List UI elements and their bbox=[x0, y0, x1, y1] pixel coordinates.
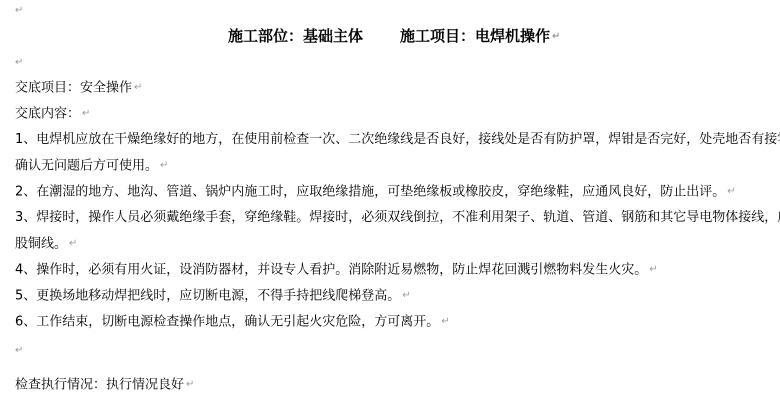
paragraph-mark-icon: ↵ bbox=[552, 31, 560, 42]
paragraph-mark-icon: ↵ bbox=[402, 290, 410, 301]
paragraph-mark-icon: ↵ bbox=[15, 345, 23, 357]
construction-location-title: 施工部位：基础主体 bbox=[228, 27, 363, 45]
list-item-4: 4、操作时，必须有用火证，设消防器材，并设专人看护。消除附近易燃物，防止焊花回溅… bbox=[15, 262, 658, 279]
paragraph-mark-icon: ↵ bbox=[727, 186, 735, 197]
inspection-status: 检查执行情况：执行情况良好↵ bbox=[15, 377, 194, 394]
briefing-item-text: 交底项目：安全操作 bbox=[15, 81, 132, 96]
inspection-status-text: 检查执行情况：执行情况良好 bbox=[15, 378, 184, 393]
list-item-3-line-2: 股铜线。↵ bbox=[15, 236, 77, 253]
briefing-item: 交底项目：安全操作↵ bbox=[15, 80, 142, 97]
paragraph-mark-icon: ↵ bbox=[69, 238, 77, 249]
list-item-3-line-1: 3、焊接时，操作人员必须戴绝缘手套，穿绝缘鞋。焊接时，必须双线倒拉，不准利用架子… bbox=[15, 210, 780, 226]
list-item-text: 4、操作时，必须有用火证，设消防器材，并设专人看护。消除附近易燃物，防止焊花回溅… bbox=[15, 263, 647, 278]
list-item-text: 确认无问题后方可使用。 bbox=[15, 159, 158, 174]
list-item-text: 1、电焊机应放在干燥绝缘好的地方，在使用前检查一次、二次绝缘线是否良好，接线处是… bbox=[15, 132, 780, 147]
paragraph-mark-icon: ↵ bbox=[160, 160, 168, 171]
list-item-2: 2、在潮湿的地方、地沟、管道、锅炉内施工时，应取绝缘措施，可垫绝缘板或橡胶皮，穿… bbox=[15, 184, 736, 201]
briefing-content-text: 交底内容： bbox=[15, 107, 80, 122]
list-item-1-line-1: 1、电焊机应放在干燥绝缘好的地方，在使用前检查一次、二次绝缘线是否良好，接线处是… bbox=[15, 132, 780, 148]
construction-project-title: 施工项目：电焊机操作↵ bbox=[400, 27, 560, 46]
construction-project-label: 施工项目：电焊机操作 bbox=[400, 27, 550, 45]
list-item-text: 股铜线。 bbox=[15, 237, 67, 252]
list-item-text: 2、在潮湿的地方、地沟、管道、锅炉内施工时，应取绝缘措施，可垫绝缘板或橡胶皮，穿… bbox=[15, 185, 725, 200]
list-item-5: 5、更换场地移动焊把线时，应切断电源，不得手持把线爬梯登高。↵ bbox=[15, 288, 411, 305]
paragraph-mark-icon: ↵ bbox=[134, 82, 142, 93]
paragraph-mark-icon: ↵ bbox=[649, 264, 657, 275]
paragraph-mark-icon: ↵ bbox=[15, 57, 23, 69]
briefing-content-label: 交底内容：↵ bbox=[15, 106, 90, 123]
paragraph-mark-icon: ↵ bbox=[441, 316, 449, 327]
paragraph-mark-icon: ↵ bbox=[15, 5, 23, 17]
paragraph-mark-icon: ↵ bbox=[82, 108, 90, 119]
paragraph-mark-icon: ↵ bbox=[186, 379, 194, 390]
list-item-text: 3、焊接时，操作人员必须戴绝缘手套，穿绝缘鞋。焊接时，必须双线倒拉，不准利用架子… bbox=[15, 210, 780, 225]
list-item-6: 6、工作结束，切断电源检查操作地点，确认无引起火灾危险，方可离开。↵ bbox=[15, 314, 450, 331]
list-item-text: 6、工作结束，切断电源检查操作地点，确认无引起火灾危险，方可离开。 bbox=[15, 315, 439, 330]
list-item-text: 5、更换场地移动焊把线时，应切断电源，不得手持把线爬梯登高。 bbox=[15, 289, 400, 304]
list-item-1-line-2: 确认无问题后方可使用。↵ bbox=[15, 158, 168, 175]
